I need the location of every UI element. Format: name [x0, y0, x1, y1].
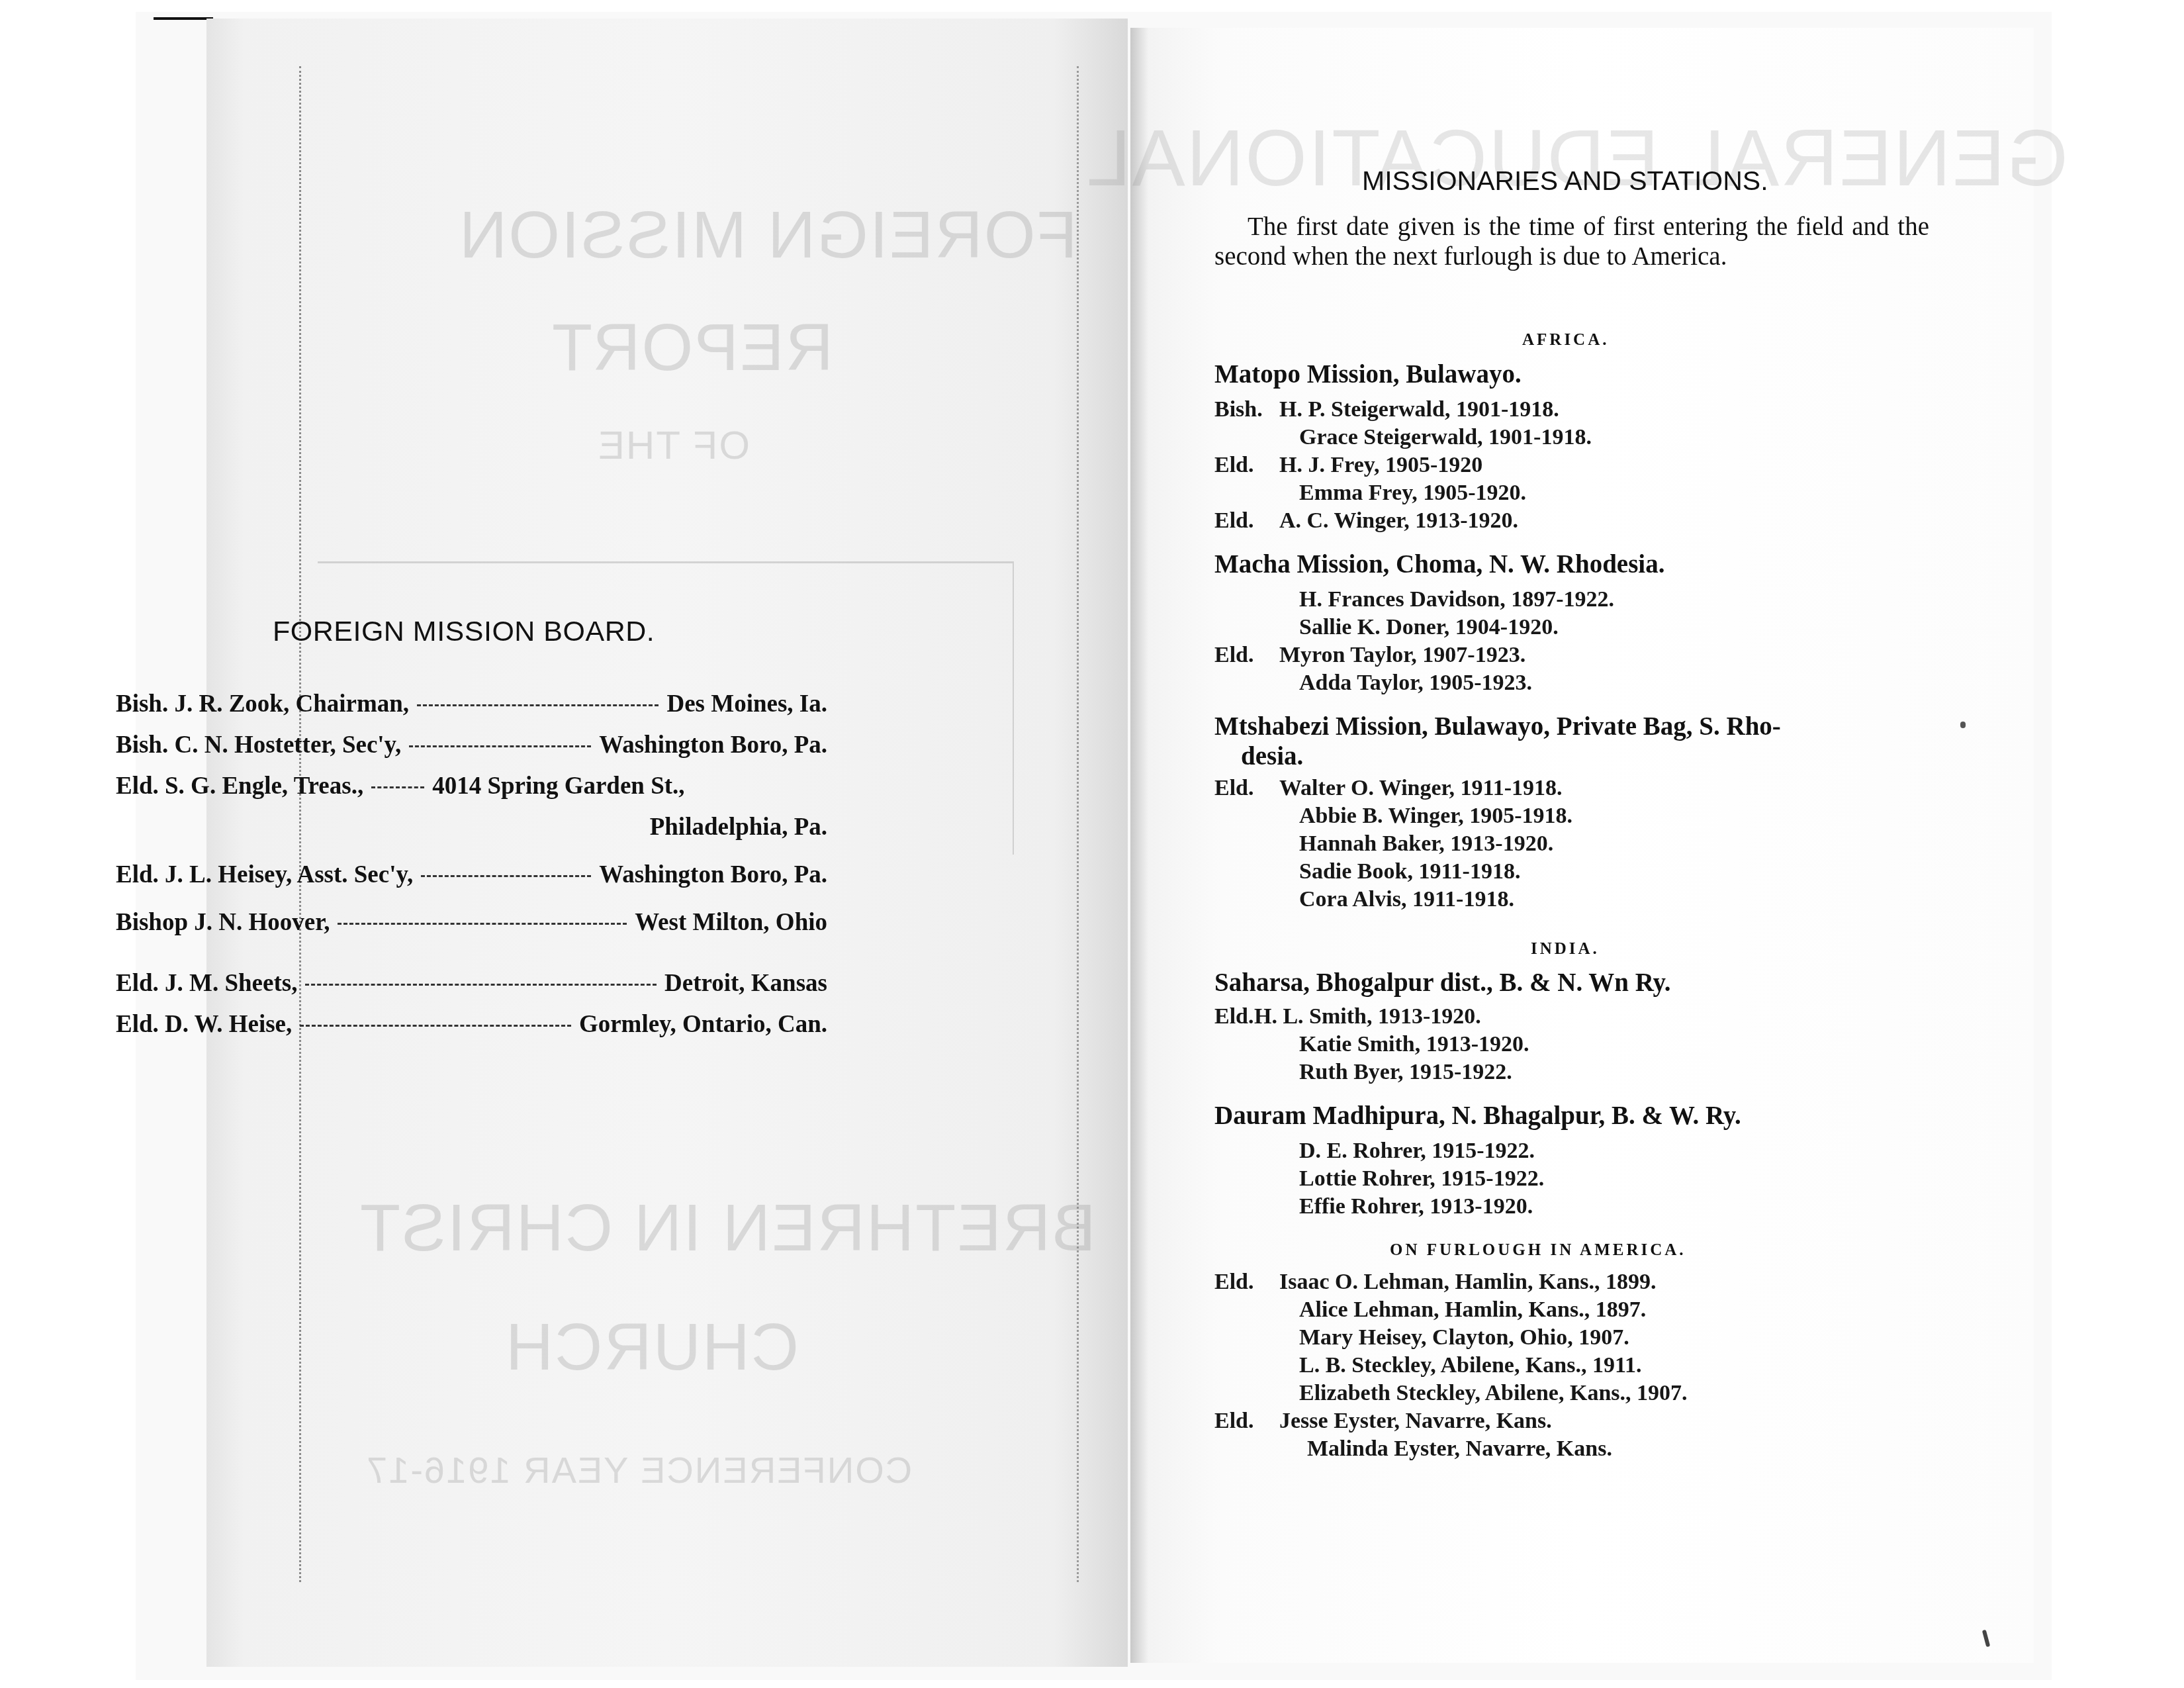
- board-member-row: Bishop J. N. Hoover, West Milton, Ohio: [116, 910, 827, 951]
- board-title: FOREIGN MISSION BOARD.: [273, 616, 655, 648]
- missionary-entry: Ruth Byer, 1915-1922.: [1299, 1060, 1512, 1085]
- member-name: Bish. C. N. Hostetter, Sec'y,: [116, 733, 401, 757]
- missionary-entry: Lottie Rohrer, 1915-1922.: [1299, 1166, 1544, 1192]
- missionary-title: Eld.: [1214, 1409, 1279, 1434]
- missionary-entry: Effie Rohrer, 1913-1920.: [1299, 1194, 1533, 1219]
- dotted-leader: [409, 745, 591, 747]
- board-member-row: Eld. J. L. Heisey, Asst. Sec'y, Washingt…: [116, 863, 827, 904]
- member-name: Eld. J. L. Heisey, Asst. Sec'y,: [116, 863, 413, 887]
- member-place: Gormley, Ontario, Can.: [579, 1012, 827, 1037]
- bleed-through-text: CHURCH: [504, 1309, 799, 1385]
- page-title: MISSIONARIES AND STATIONS.: [1362, 165, 1768, 197]
- missionary-entry: Malinda Eyster, Navarre, Kans.: [1307, 1436, 1612, 1462]
- member-name: Bish. J. R. Zook, Chairman,: [116, 692, 409, 716]
- missionary-title: Eld.: [1214, 1004, 1254, 1029]
- missionary-entry: D. E. Rohrer, 1915-1922.: [1299, 1139, 1535, 1164]
- bleed-through-text: CONFERENCE YEAR 1916-17: [365, 1448, 912, 1491]
- member-place-continued: Philadelphia, Pa.: [650, 815, 827, 839]
- bleed-through-text: OF THE: [597, 422, 750, 468]
- intro-paragraph: The first date given is the time of firs…: [1214, 212, 1929, 271]
- missionary-entry: Grace Steigerwald, 1901-1918.: [1299, 425, 1592, 450]
- section-heading-africa: AFRICA.: [1522, 331, 1609, 350]
- station-name: Macha Mission, Choma, N. W. Rhodesia.: [1214, 549, 1664, 579]
- member-name: Eld. D. W. Heise,: [116, 1012, 292, 1037]
- dotted-leader: [338, 923, 627, 925]
- member-place: Washington Boro, Pa.: [599, 863, 827, 887]
- missionary-entry: Katie Smith, 1913-1920.: [1299, 1032, 1529, 1057]
- bleed-through-text: BRETHREN IN CHRIST: [359, 1190, 1096, 1266]
- missionary-name: Walter O. Winger, 1911-1918.: [1279, 776, 1563, 800]
- missionary-title: Eld.: [1214, 776, 1279, 801]
- board-member-row: Eld. J. M. Sheets, Detroit, Kansas: [116, 971, 827, 1012]
- missionary-name: Jesse Eyster, Navarre, Kans.: [1279, 1409, 1552, 1433]
- missionary-entry: L. B. Steckley, Abilene, Kans., 1911.: [1299, 1353, 1642, 1378]
- missionary-entry: Elizabeth Steckley, Abilene, Kans., 1907…: [1299, 1381, 1688, 1406]
- board-member-row: Bish. J. R. Zook, Chairman, Des Moines, …: [116, 692, 827, 733]
- dotted-leader: [371, 786, 424, 788]
- dotted-leader: [300, 1025, 571, 1027]
- missionary-title: Bish.: [1214, 397, 1279, 422]
- missionary-title: Eld.: [1214, 643, 1279, 668]
- member-place: West Milton, Ohio: [635, 910, 827, 935]
- missionary-entry: Eld.A. C. Winger, 1913-1920.: [1214, 508, 1518, 534]
- member-name: Bishop J. N. Hoover,: [116, 910, 330, 935]
- missionary-name: H. P. Steigerwald, 1901-1918.: [1279, 397, 1559, 422]
- missionary-entry: Eld.Isaac O. Lehman, Hamlin, Kans., 1899…: [1214, 1270, 1657, 1295]
- board-member-row-continued: Philadelphia, Pa.: [116, 815, 827, 856]
- station-name: Matopo Mission, Bulawayo.: [1214, 359, 1522, 389]
- missionary-title: Eld.: [1214, 1270, 1279, 1295]
- station-name: Dauram Madhipura, N. Bhagalpur, B. & W. …: [1214, 1101, 1741, 1131]
- missionary-entry: Emma Frey, 1905-1920.: [1299, 481, 1526, 506]
- board-member-row: Eld. S. G. Engle, Treas., 4014 Spring Ga…: [116, 774, 827, 815]
- section-heading-india: INDIA.: [1531, 940, 1600, 959]
- missionary-entry: Eld.Myron Taylor, 1907-1923.: [1214, 643, 1525, 668]
- missionary-entry: Alice Lehman, Hamlin, Kans., 1897.: [1299, 1297, 1646, 1323]
- missionary-name: Myron Taylor, 1907-1923.: [1279, 643, 1525, 667]
- missionary-entry: H. Frances Davidson, 1897-1922.: [1299, 587, 1614, 612]
- station-name-continued: desia.: [1241, 741, 1303, 771]
- missionary-name: H. L. Smith, 1913-1920.: [1254, 1004, 1481, 1029]
- member-name: Eld. J. M. Sheets,: [116, 971, 297, 996]
- missionary-entry: Eld.H. L. Smith, 1913-1920.: [1214, 1004, 1481, 1029]
- missionary-entry: Eld.H. J. Frey, 1905-1920: [1214, 453, 1482, 478]
- bleed-through-text: REPORT: [551, 310, 833, 386]
- missionary-entry: Abbie B. Winger, 1905-1918.: [1299, 804, 1572, 829]
- board-member-row: Eld. D. W. Heise, Gormley, Ontario, Can.: [116, 1012, 827, 1053]
- missionary-title: Eld.: [1214, 453, 1279, 478]
- dotted-leader: [417, 704, 659, 706]
- board-member-row: Bish. C. N. Hostetter, Sec'y, Washington…: [116, 733, 827, 774]
- missionary-name: H. J. Frey, 1905-1920: [1279, 453, 1482, 477]
- station-name: Saharsa, Bhogalpur dist., B. & N. Wn Ry.: [1214, 968, 1671, 998]
- member-place: Washington Boro, Pa.: [599, 733, 827, 757]
- section-heading-furlough: ON FURLOUGH IN AMERICA.: [1390, 1241, 1686, 1260]
- missionary-title: Eld.: [1214, 508, 1279, 534]
- missionary-name: Isaac O. Lehman, Hamlin, Kans., 1899.: [1279, 1270, 1657, 1294]
- member-name: Eld. S. G. Engle, Treas.,: [116, 774, 363, 798]
- scan-edge-rule: [154, 17, 213, 20]
- missionary-name: A. C. Winger, 1913-1920.: [1279, 508, 1518, 533]
- dotted-leader: [305, 984, 657, 986]
- missionary-entry: Eld.Jesse Eyster, Navarre, Kans.: [1214, 1409, 1552, 1434]
- missionary-entry: Hannah Baker, 1913-1920.: [1299, 831, 1553, 857]
- board-member-list: Bish. J. R. Zook, Chairman, Des Moines, …: [116, 692, 827, 1053]
- missionary-entry: Cora Alvis, 1911-1918.: [1299, 887, 1514, 912]
- scan-speck: [1960, 722, 1966, 728]
- missionary-entry: Bish.H. P. Steigerwald, 1901-1918.: [1214, 397, 1559, 422]
- missionary-entry: Adda Taylor, 1905-1923.: [1299, 671, 1532, 696]
- missionary-entry: Sadie Book, 1911-1918.: [1299, 859, 1520, 884]
- missionary-entry: Mary Heisey, Clayton, Ohio, 1907.: [1299, 1325, 1629, 1350]
- station-name: Mtshabezi Mission, Bulawayo, Private Bag…: [1214, 712, 1781, 741]
- member-place: 4014 Spring Garden St.,: [432, 774, 684, 798]
- dotted-leader: [421, 875, 591, 877]
- member-place: Des Moines, Ia.: [666, 692, 827, 716]
- missionary-entry: Sallie K. Doner, 1904-1920.: [1299, 615, 1559, 640]
- member-place: Detroit, Kansas: [664, 971, 827, 996]
- bleed-through-text: FOREIGN MISSION: [458, 197, 1077, 273]
- missionary-entry: Eld.Walter O. Winger, 1911-1918.: [1214, 776, 1563, 801]
